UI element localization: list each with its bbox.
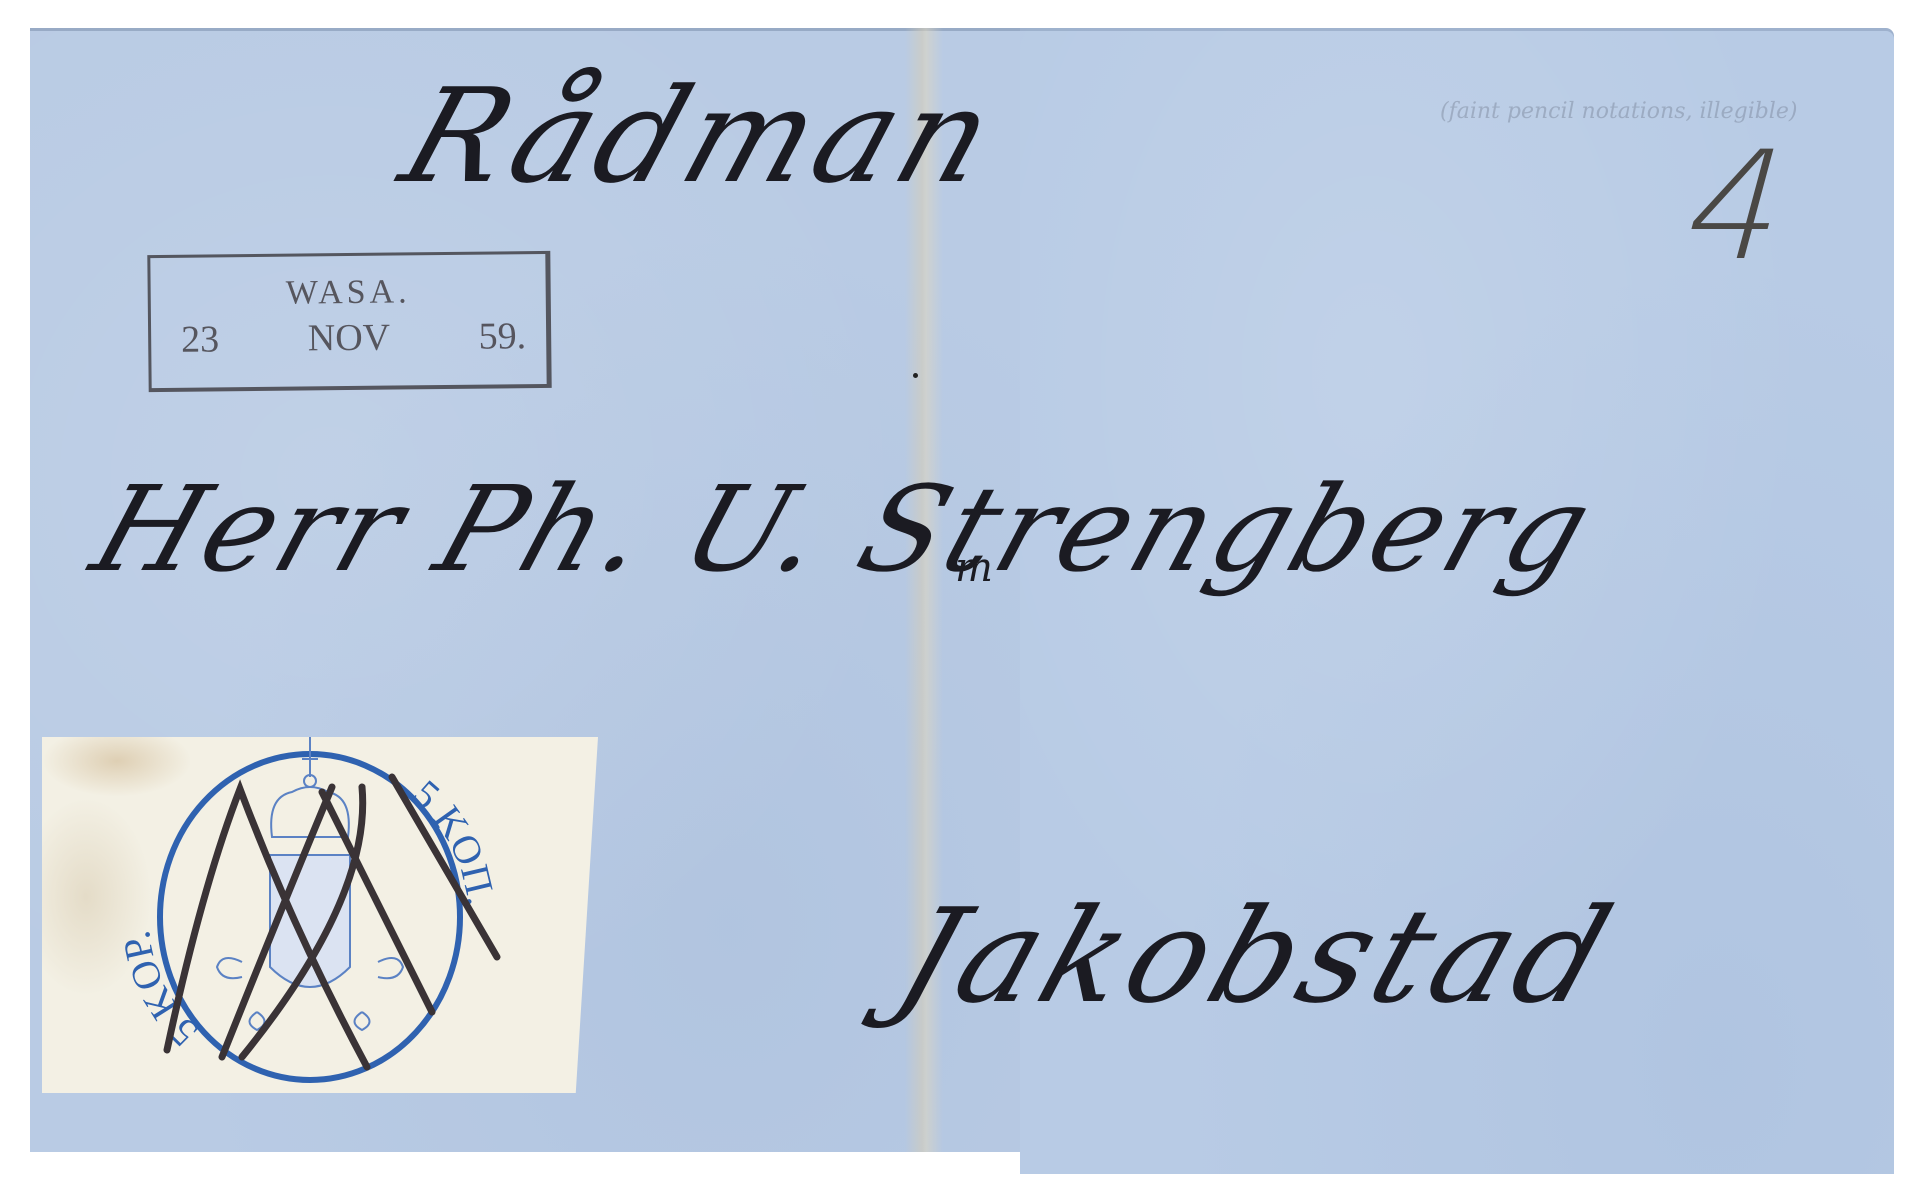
postage-stamp: 5 KOP. 5 KOП. [42,737,598,1093]
stamp-design: 5 KOP. 5 KOП. [42,737,598,1093]
letter-cover: (faint pencil notations, illegible) Rådm… [0,0,1920,1191]
wasa-postmark: WASA. 23 NOV 59. [147,251,551,392]
postmark-month: NOV [308,316,391,361]
postmark-date: 23 NOV 59. [181,314,526,362]
postmark-year: 59. [478,314,526,358]
recipient-name: Herr Ph. U. Strengberg [78,460,1611,598]
postmark-town: WASA. [151,272,546,314]
postmark-day: 23 [181,317,219,361]
addressee-title: Rådman [385,60,1016,212]
destination-city: Jakobstad [880,880,1633,1032]
ink-dot [913,373,918,378]
recipient-superscript: m [955,545,993,591]
